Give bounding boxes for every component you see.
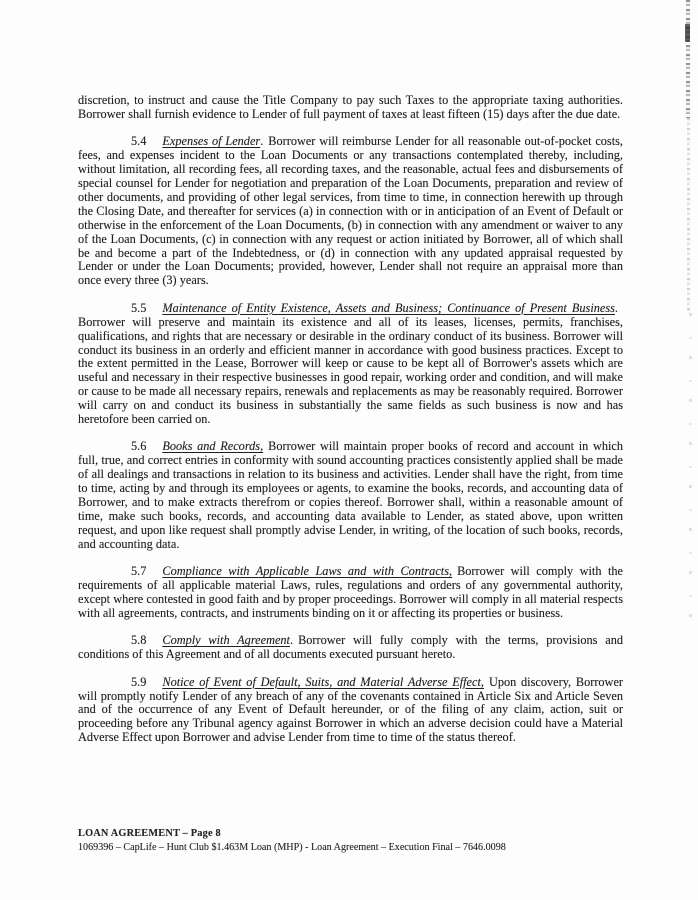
section-heading: Maintenance of Entity Existence, Assets … bbox=[162, 301, 615, 315]
scan-edge-artifact-lower bbox=[689, 313, 692, 633]
section-heading-punct: . bbox=[615, 301, 618, 315]
section-body: Borrower will maintain proper books of r… bbox=[78, 439, 623, 550]
section-heading-punct: . bbox=[290, 633, 293, 647]
section-body: Borrower will reimburse Lender for all r… bbox=[78, 134, 623, 287]
section-heading: Notice of Event of Default, Suits, and M… bbox=[162, 675, 484, 689]
section-heading: Books and Records, bbox=[162, 439, 263, 453]
footer-file-reference: 1069396 – CapLife – Hunt Club $1.463M Lo… bbox=[78, 841, 506, 855]
section-heading-punct: . bbox=[260, 134, 263, 148]
section-number: 5.5 bbox=[131, 301, 146, 315]
scan-edge-dark-mark bbox=[685, 24, 690, 42]
section-number: 5.9 bbox=[131, 675, 146, 689]
section-paragraph-5-4: 5.4Expenses of Lender.Borrower will reim… bbox=[78, 135, 623, 288]
section-number: 5.8 bbox=[131, 633, 146, 647]
section-heading: Comply with Agreement bbox=[162, 633, 290, 647]
section-paragraph-5-5: 5.5Maintenance of Entity Existence, Asse… bbox=[78, 302, 623, 427]
document-body: discretion, to instruct and cause the Ti… bbox=[78, 94, 623, 759]
section-paragraph-5-7: 5.7Compliance with Applicable Laws and w… bbox=[78, 565, 623, 621]
section-paragraph-5-6: 5.6Books and Records,Borrower will maint… bbox=[78, 440, 623, 551]
section-number: 5.7 bbox=[131, 564, 146, 578]
section-paragraph-5-9: 5.9Notice of Event of Default, Suits, an… bbox=[78, 676, 623, 746]
intro-paragraph: discretion, to instruct and cause the Ti… bbox=[78, 94, 623, 122]
section-paragraph-5-8: 5.8Comply with Agreement.Borrower will f… bbox=[78, 634, 623, 662]
section-heading: Expenses of Lender bbox=[162, 134, 260, 148]
section-body: Borrower will fully comply with the term… bbox=[78, 633, 623, 661]
section-number: 5.6 bbox=[131, 439, 146, 453]
scan-edge-artifact-top bbox=[686, 0, 690, 118]
section-number: 5.4 bbox=[131, 134, 146, 148]
scan-edge-artifact-middle bbox=[687, 118, 690, 313]
section-body: Borrower will preserve and maintain its … bbox=[78, 315, 623, 426]
page-footer: LOAN AGREEMENT – Page 8 1069396 – CapLif… bbox=[78, 827, 506, 854]
intro-text: discretion, to instruct and cause the Ti… bbox=[78, 93, 623, 121]
section-heading: Compliance with Applicable Laws and with… bbox=[162, 564, 452, 578]
footer-doc-title: LOAN AGREEMENT – Page 8 bbox=[78, 827, 506, 841]
scanned-document-page: discretion, to instruct and cause the Ti… bbox=[0, 0, 698, 900]
